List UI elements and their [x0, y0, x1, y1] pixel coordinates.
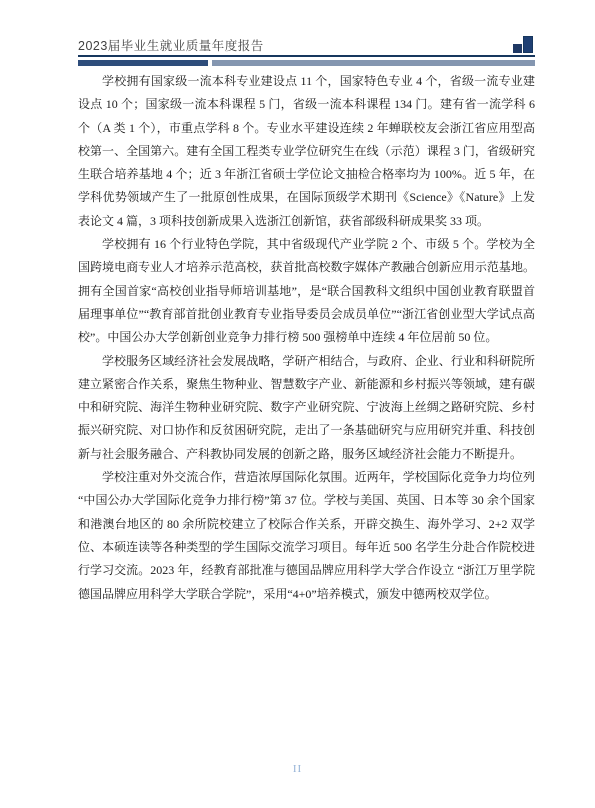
page-footer: II	[0, 759, 595, 777]
report-title: 2023届毕业生就业质量年度报告	[78, 36, 264, 54]
header-rule	[78, 55, 535, 57]
document-page: 2023届毕业生就业质量年度报告 学校拥有国家级一流本科专业建设点 11 个，国…	[0, 0, 595, 808]
header-top-row: 2023届毕业生就业质量年度报告	[78, 33, 535, 54]
bar-chart-icon	[513, 36, 533, 53]
body-paragraph: 学校拥有国家级一流本科专业建设点 11 个，国家特色专业 4 个，省级一流专业建…	[78, 70, 535, 233]
document-body: 学校拥有国家级一流本科专业建设点 11 个，国家特色专业 4 个，省级一流专业建…	[78, 70, 535, 606]
header-accent-bar	[78, 60, 535, 66]
header-accent-bar-light	[212, 60, 535, 66]
body-paragraph: 学校注重对外交流合作，营造浓厚国际化氛围。近两年，学校国际化竞争力均位列“中国公…	[78, 466, 535, 606]
page-header: 2023届毕业生就业质量年度报告	[78, 33, 535, 66]
body-paragraph: 学校拥有 16 个行业特色学院，其中省级现代产业学院 2 个、市级 5 个。学校…	[78, 233, 535, 349]
bar-chart-icon-tall-square	[523, 36, 533, 53]
body-paragraph: 学校服务区域经济社会发展战略，学研产相结合，与政府、企业、行业和科研院所建立紧密…	[78, 350, 535, 466]
header-accent-bar-dark	[78, 60, 208, 66]
page-number: II	[293, 763, 302, 775]
bar-chart-icon-small-square	[513, 44, 522, 53]
